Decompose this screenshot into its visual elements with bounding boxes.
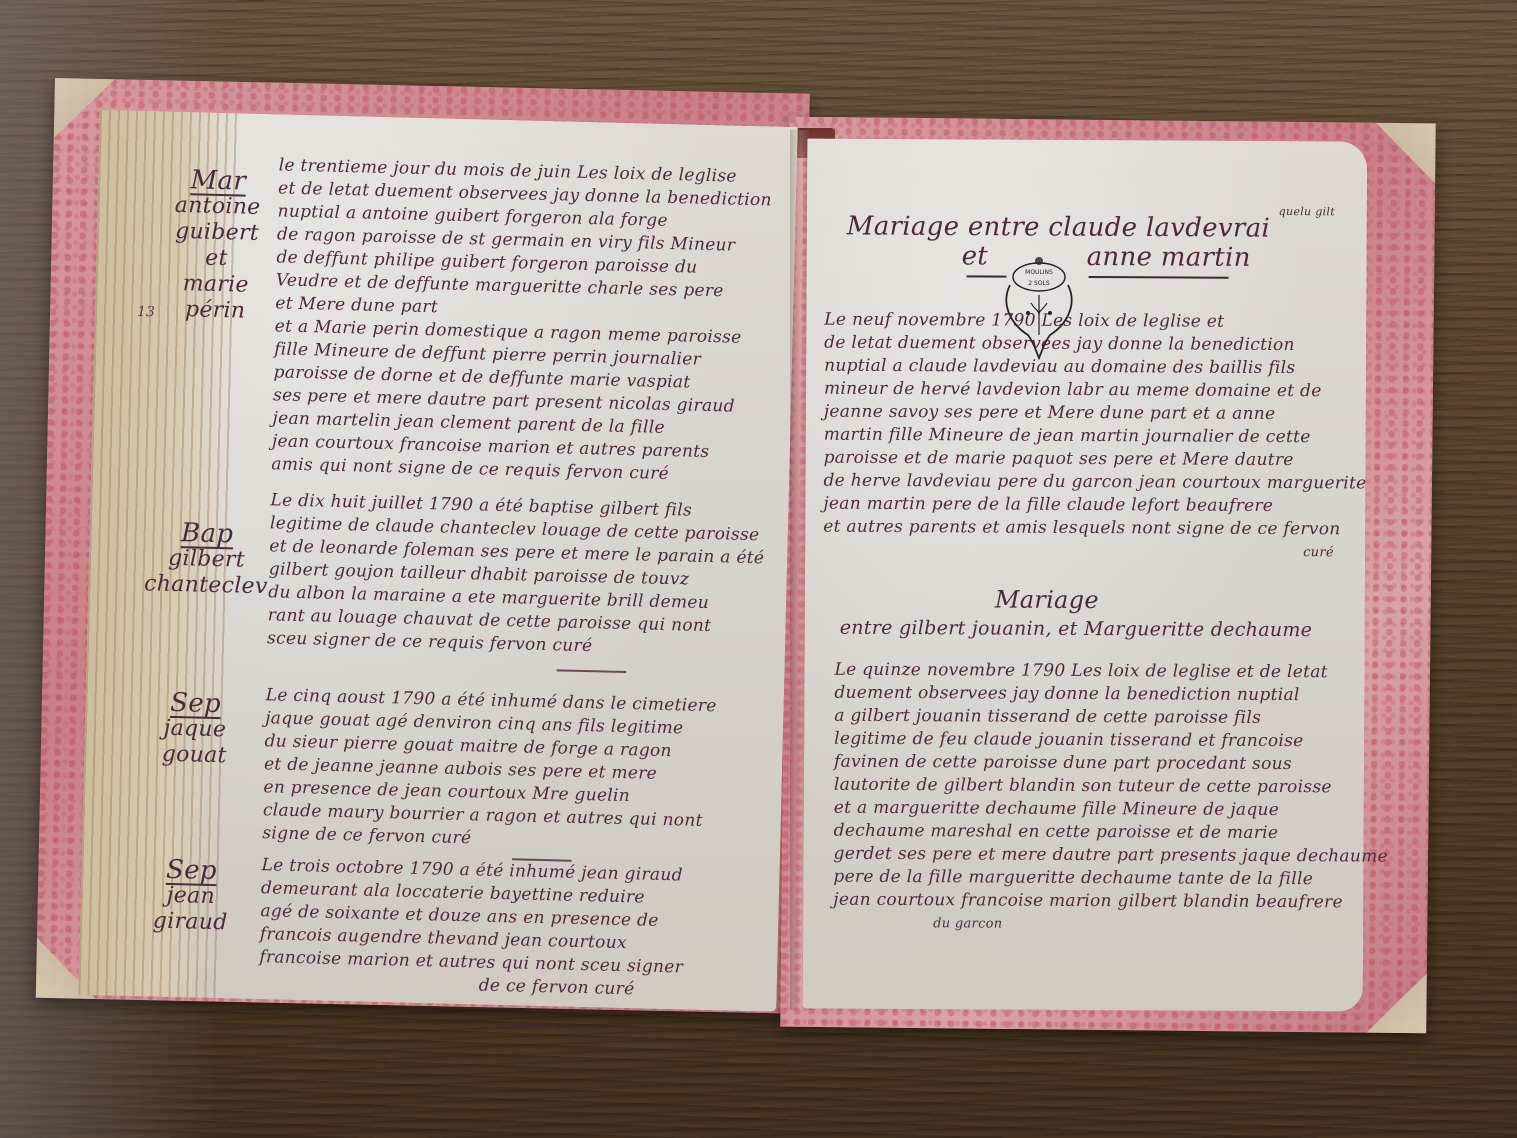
- entry-line: de letat duement observees jay donne la …: [824, 332, 1367, 358]
- signature-flourish: [556, 669, 626, 673]
- title-text: Mariage entre claude lavdevrai: [847, 211, 1270, 243]
- entry-line: gerdet ses pere et mere dautre part pres…: [833, 843, 1387, 869]
- entry-line: lautorite de gilbert blandin son tuteur …: [834, 774, 1388, 800]
- title-underline: [1089, 276, 1229, 278]
- entry-line: a gilbert jouanin tisserand de cette par…: [834, 705, 1388, 731]
- entry-line: de herve lavdeviau pere du garcon jean c…: [823, 470, 1366, 496]
- margin-name: giraud: [140, 908, 241, 936]
- entry-marriage-jouanin: Le quinze novembre 1790 Les loix de legl…: [833, 659, 1389, 938]
- margin-name: guibert: [167, 219, 268, 247]
- margin-name: gilbert: [144, 545, 270, 574]
- marriage-heading: Mariage: [995, 585, 1099, 616]
- entry-line: Le neuf novembre 1790 Les loix de leglis…: [824, 309, 1367, 335]
- marriage-subheading: entre gilbert jouanin, et Margueritte de…: [840, 617, 1313, 641]
- tax-stamp-seal: MOULINS 2 SOLS: [998, 255, 1080, 360]
- entry-line: favinen de cette paroisse dune part proc…: [834, 751, 1388, 777]
- margin-name: et: [166, 245, 267, 273]
- entry-line: Le quinze novembre 1790 Les loix de legl…: [834, 659, 1388, 685]
- folio-number: 13: [137, 304, 155, 320]
- ornamental-stamp-icon: MOULINS 2 SOLS: [998, 255, 1080, 360]
- entry-line: dechaume mareshal en cette paroisse et d…: [834, 820, 1388, 846]
- margin-name: chanteclev: [143, 571, 269, 600]
- entry-line: nuptial a claude lavdeviau au domaine de…: [824, 355, 1367, 381]
- entry-line: paroisse et de marie paquot ses pere et …: [824, 447, 1367, 473]
- margin-name: gouat: [144, 741, 245, 769]
- margin-head: Sep: [141, 856, 242, 884]
- entry-baptism-chanteclev: Le dix huit juillet 1790 a été baptise g…: [267, 489, 766, 662]
- title-et: et: [962, 241, 989, 271]
- entry-burial-giraud: Le trois octobre 1790 a été inhumé jean …: [258, 854, 685, 1002]
- entry-line: duement observees jay donne la benedicti…: [834, 682, 1388, 708]
- cover-corner-top-right: [1375, 123, 1436, 184]
- title-superscript-correction: quelu gilt: [1279, 205, 1335, 218]
- entry-line: du garcon: [833, 912, 1387, 938]
- entry-line: martin fille Mineure de jean martin jour…: [824, 424, 1367, 450]
- margin-note-marriage: Mar antoine guibert et marie périn: [165, 167, 269, 325]
- cover-corner-bottom-right: [1366, 973, 1427, 1034]
- margin-head: Bap: [144, 519, 270, 548]
- margin-note-baptism: Bap gilbert chanteclev: [143, 519, 270, 600]
- entry-line: curé: [823, 539, 1366, 565]
- entry-line: jean martin pere de la fille claude lefo…: [823, 493, 1366, 519]
- margin-head: Mar: [168, 167, 269, 195]
- stamp-top-text: MOULINS: [1025, 269, 1053, 276]
- margin-name: antoine: [167, 193, 268, 221]
- entry-line: et a margueritte dechaume fille Mineure …: [834, 797, 1388, 823]
- margin-name: marie: [165, 271, 266, 299]
- entry-burial-gouat: Le cinq aoust 1790 a été inhumé dans le …: [262, 684, 717, 856]
- entry-line: mineur de hervé lavdevion labr au meme d…: [824, 378, 1367, 404]
- entry-line: jeanne savoy ses pere et Mere dune part …: [824, 401, 1367, 427]
- entry-line: pere de la fille margueritte dechaume ta…: [833, 866, 1387, 892]
- marriage-title-line1: Mariage entre claude lavdevrai quelu gil…: [847, 207, 1335, 244]
- margin-note-burial-giraud: Sep jean giraud: [140, 856, 242, 936]
- entry-line: jean courtoux francoise marion gilbert b…: [833, 889, 1387, 915]
- signature-flourish: [498, 1025, 558, 1028]
- margin-name: jean: [141, 882, 242, 910]
- stamp-bottom-text: 2 SOLS: [1028, 280, 1050, 287]
- margin-head: Sep: [145, 689, 246, 717]
- margin-name: périn: [165, 297, 266, 325]
- margin-name: jaque: [145, 715, 246, 743]
- entry-marriage-lavdevrai: Le neuf novembre 1790 Les loix de leglis…: [823, 309, 1367, 565]
- entry-line: et autres parents et amis lesquels nont …: [823, 516, 1366, 542]
- right-page: Mariage entre claude lavdevrai quelu gil…: [803, 139, 1368, 1012]
- title-anne-martin: anne martin: [1087, 242, 1251, 273]
- entry-line: legitime de feu claude jouanin tisserand…: [834, 728, 1388, 754]
- margin-note-burial-gouat: Sep jaque gouat: [144, 689, 246, 769]
- left-page: 13 Mar antoine guibert et marie périn le…: [78, 110, 797, 1012]
- entry-marriage-guibert: le trentieme jour du mois de juin Les lo…: [271, 154, 773, 488]
